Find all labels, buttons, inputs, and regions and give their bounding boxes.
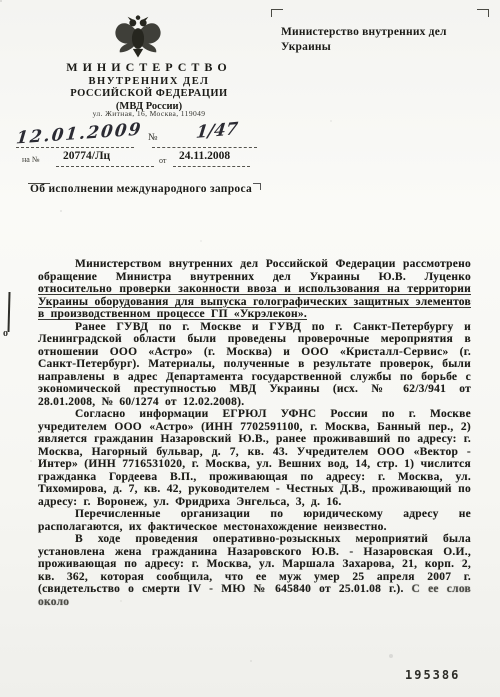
recipient-line: Министерство внутренних дел [281, 25, 481, 40]
paragraph-text: В ходе проведения оперативно-розыскных м… [38, 533, 471, 595]
paragraph-text: Министерством внутренних дел Российской … [38, 258, 471, 283]
reply-to-date: 24.11.2008 [179, 150, 230, 162]
body-paragraph: В ходе проведения оперативно-розыскных м… [38, 533, 471, 608]
scanned-letter-page: МИНИСТЕРСТВО ВНУТРЕННИХ ДЕЛ РОССИЙСКОЙ Ф… [0, 0, 500, 697]
reply-from-label: от [159, 156, 166, 165]
margin-note: о [3, 328, 8, 339]
handwritten-outgoing-number: 1/47 [195, 119, 239, 143]
org-line: МИНИСТЕРСТВО [30, 60, 268, 75]
margin-pen-mark [7, 292, 10, 332]
sender-ministry-name: МИНИСТЕРСТВО ВНУТРЕННИХ ДЕЛ РОССИЙСКОЙ Ф… [30, 60, 268, 112]
address-corner-left-icon [271, 9, 283, 17]
sender-address: ул. Житная, 16, Москва, 119049 [30, 109, 268, 118]
reply-to-number-label: на № [22, 155, 39, 164]
scan-noise [0, 0, 2, 2]
body-paragraph: Перечисленные организации по юридическом… [38, 508, 471, 533]
corner-mark-icon [253, 183, 261, 190]
org-line: РОССИЙСКОЙ ФЕДЕРАЦИИ [30, 88, 268, 99]
reply-to-number: 20774/Лц [63, 150, 110, 162]
subject-line: Об исполнении международного запроса [30, 183, 261, 195]
org-line: ВНУТРЕННИХ ДЕЛ [30, 76, 268, 87]
subject-text: Об исполнении международного запроса [30, 183, 252, 195]
recipient-line: Украины [281, 40, 481, 55]
coat-of-arms-icon [112, 12, 164, 63]
number-sign-label: № [148, 132, 158, 143]
page-stamp-number: 195386 [405, 668, 460, 682]
letter-body: Министерством внутренних дел Российской … [38, 258, 471, 608]
address-corner-right-icon [477, 9, 489, 17]
body-paragraph: Согласно информации ЕГРЮЛ УФНС России по… [38, 408, 471, 508]
recipient-block: Министерство внутренних дел Украины [281, 25, 481, 55]
body-paragraph: Министерством внутренних дел Российской … [38, 258, 471, 321]
underlined-passage: относительно проверки законности ввоза и… [38, 283, 471, 320]
body-paragraph: Ранее ГУВД по г. Москве и ГУВД по г. Сан… [38, 321, 471, 409]
